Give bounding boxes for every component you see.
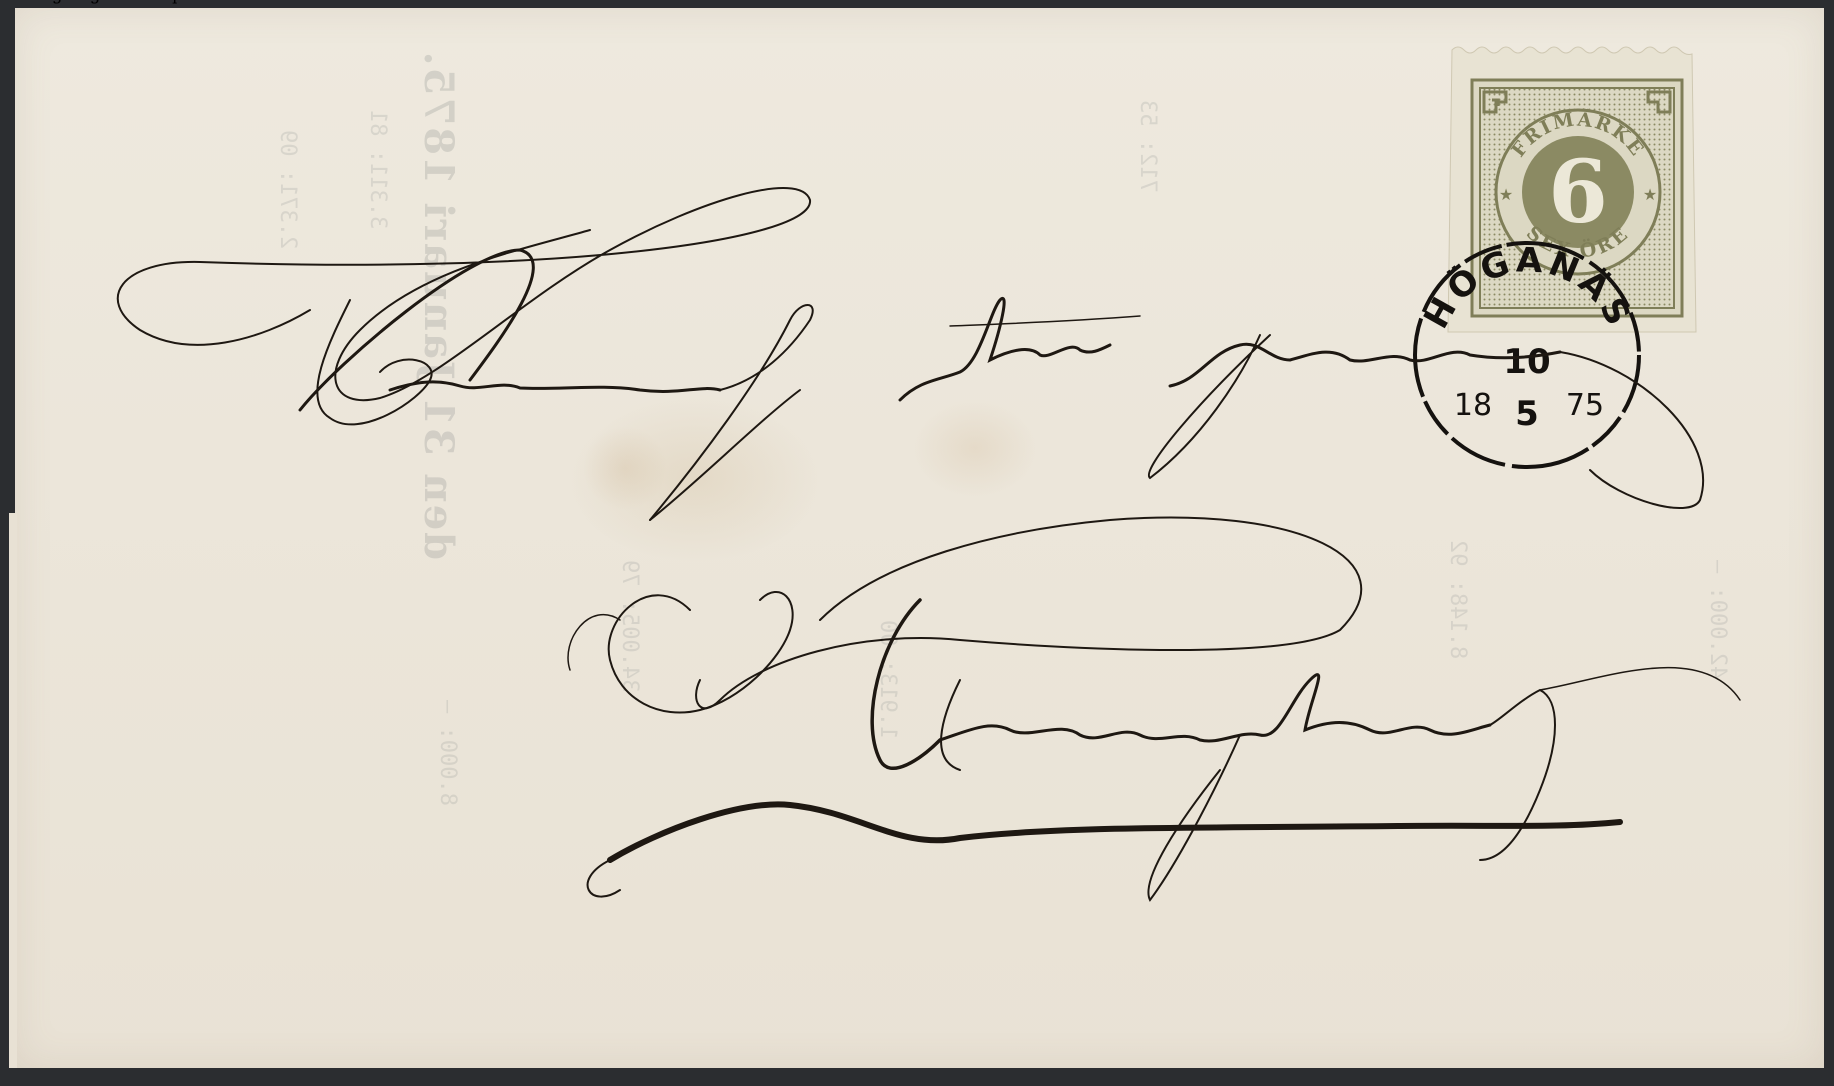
showthrough-column: 2.371: 09 <box>270 130 304 249</box>
postmark-hour: 10 <box>1503 342 1550 382</box>
postmark-month: 5 <box>1515 394 1539 434</box>
showthrough-column: 42.000: — <box>1700 560 1734 679</box>
postmark-year: 75 <box>1566 388 1604 423</box>
showthrough-column: 1.913: 00 <box>870 620 904 739</box>
svg-text:★: ★ <box>1499 185 1513 204</box>
showthrough-column: 3.311: 81 <box>360 110 394 229</box>
letter-flap-edge <box>9 513 17 1068</box>
postmark-day: 18 <box>1454 388 1492 423</box>
showthrough-column: 8.148: 92 <box>1440 540 1474 659</box>
address-line-2: Helsingborg <box>0 0 100 4</box>
address-line-1: Helsingborgs stads Sparbank <box>0 0 240 4</box>
svg-text:★: ★ <box>1643 185 1657 204</box>
showthrough-column: 34.005: 79 <box>612 560 646 692</box>
showthrough-heading: den 31 Januari 1875. <box>415 50 462 560</box>
showthrough-column: 712: 53 <box>1130 100 1164 193</box>
postmark-cancel: HÖGANÄS 10 18 5 75 <box>1395 225 1660 485</box>
showthrough-column: 8.000: — <box>430 700 464 806</box>
svg-text:HÖGANÄS: HÖGANÄS <box>1416 240 1640 335</box>
